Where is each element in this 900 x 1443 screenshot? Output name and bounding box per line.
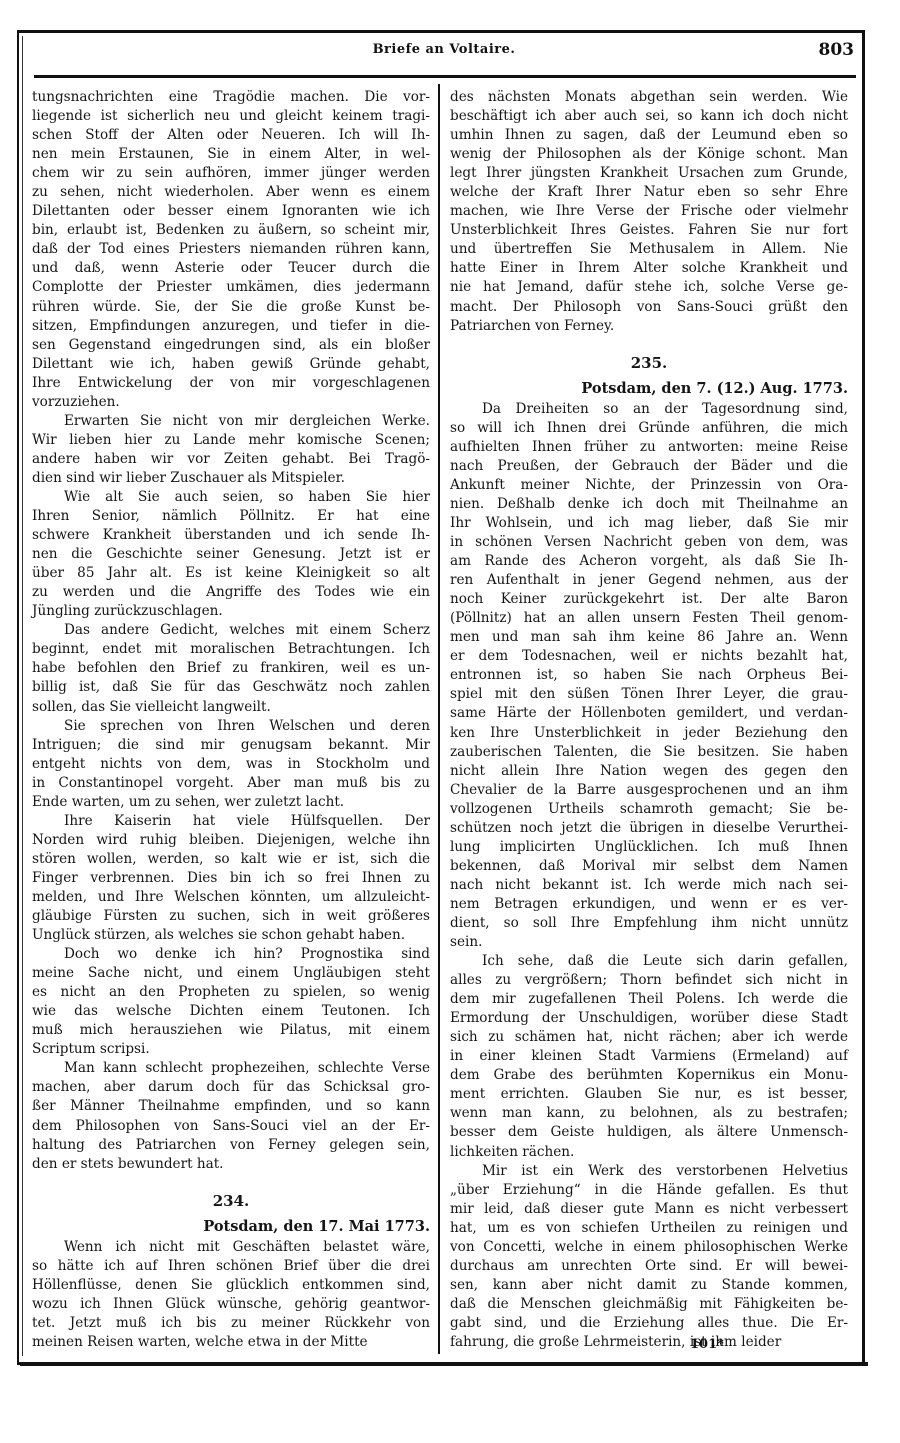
text-line: so will ich Ihnen drei Gründe anführen, …: [450, 419, 848, 438]
text-line: nen die Geschichte seiner Genesung. Jetz…: [32, 545, 430, 564]
text-line: so hätte ich auf Ihren schönen Brief übe…: [32, 1257, 430, 1276]
text-line: dem Grabe des berühmten Kopernikus ein M…: [450, 1066, 848, 1085]
text-line: dem Philosophen von Sans-Souci viel an d…: [32, 1117, 430, 1136]
text-line: Ihre Entwickelung der von mir vorgeschla…: [32, 374, 430, 393]
text-line: stören wollen, werden, so kalt wie er is…: [32, 850, 430, 869]
paragraph: Doch wo denke ich hin? Prognostika sindm…: [32, 945, 430, 1059]
text-line: Finger verbrennen. Dies bin ich so frei …: [32, 869, 430, 888]
text-line: ken Ihre Unsterblichkeit in jeder Bezieh…: [450, 724, 848, 743]
text-line: Jüngling zurückzuschlagen.: [32, 602, 430, 621]
text-line: wozu ich Ihnen Glück wünsche, gehörig ge…: [32, 1295, 430, 1314]
text-line: sen, kann aber nicht damit zu Stande kom…: [450, 1276, 848, 1295]
text-line: entgeht nichts von dem, was in Stockholm…: [32, 755, 430, 774]
text-line: besser dem Geiste huldigen, als ältere U…: [450, 1123, 848, 1142]
text-line: sitzen, Empfindungen anzuregen, und tief…: [32, 317, 430, 336]
text-line: des nächsten Monats abgethan sein werden…: [450, 88, 848, 107]
text-line: Höllenflüsse, denen Sie glücklich entkom…: [32, 1276, 430, 1295]
text-line: tet. Jetzt muß ich bis zu meiner Rückkeh…: [32, 1314, 430, 1333]
text-line: meine Sache nicht, und einem Ungläubigen…: [32, 964, 430, 983]
page-border-inner-line: [22, 36, 24, 1356]
paragraph: Da Dreiheiten so an der Tagesordnung sin…: [450, 400, 848, 952]
left-column: tungsnachrichten eine Tragödie machen. D…: [32, 88, 430, 1352]
text-line: lichkeiten rächen.: [450, 1143, 848, 1162]
text-line: Mir ist ein Werk des verstorbenen Helvet…: [450, 1162, 848, 1181]
text-line: zu werden und die Angriffe des Todes wie…: [32, 583, 430, 602]
text-line: hatte Einer in Ihrem Alter solche Krankh…: [450, 259, 848, 278]
text-line: entronnen ist, so haben Sie nach Orpheus…: [450, 666, 848, 685]
text-line: Da Dreiheiten so an der Tagesordnung sin…: [450, 400, 848, 419]
column-divider: [438, 84, 440, 1354]
text-line: welche der Kraft Ihrer Natur eben so seh…: [450, 183, 848, 202]
running-title: Briefe an Voltaire.: [30, 42, 858, 57]
paragraph: Ich sehe, daß die Leute sich darin gefal…: [450, 952, 848, 1162]
text-line: melden, und Ihre Welschen könnten, um al…: [32, 888, 430, 907]
text-line: sein.: [450, 933, 848, 952]
paragraph: Ihre Kaiserin hat viele Hülfsquellen. De…: [32, 812, 430, 945]
text-line: muß mich herausziehen wie Pilatus, mit e…: [32, 1021, 430, 1040]
text-line: Das andere Gedicht, welches mit einem Sc…: [32, 621, 430, 640]
text-line: Ihre Kaiserin hat viele Hülfsquellen. De…: [32, 812, 430, 831]
text-line: in einer kleinen Stadt Varmiens (Ermelan…: [450, 1047, 848, 1066]
text-line: Unsterblichkeit Ihres Geistes. Fahren Si…: [450, 221, 848, 240]
text-line: nicht allein Ihre Nation wegen des gegen…: [450, 762, 848, 781]
paragraph: Man kann schlecht prophezeihen, schlecht…: [32, 1059, 430, 1173]
text-line: andere haben wir vor Zeiten gehabt. Bei …: [32, 450, 430, 469]
text-line: habe befohlen den Brief zu frankiren, we…: [32, 659, 430, 678]
text-line: schen Stoff der Alten oder Neueren. Ich …: [32, 126, 430, 145]
right-column: des nächsten Monats abgethan sein werden…: [450, 88, 848, 1352]
text-line: meinen Reisen warten, welche etwa in der…: [32, 1333, 430, 1352]
text-line: billig ist, daß Sie für das Geschwätz no…: [32, 678, 430, 697]
bottom-rule: [20, 1362, 868, 1366]
text-line: daß der Tod eines Priesters niemanden rü…: [32, 240, 430, 259]
text-line: sollen, das Sie vielleicht langweilt.: [32, 698, 430, 717]
text-line: es nicht an den Propheten zu spielen, so…: [32, 983, 430, 1002]
text-line: macht. Der Philosoph von Sans-Souci grüß…: [450, 298, 848, 317]
text-line: machen, aber darum doch für das Schicksa…: [32, 1078, 430, 1097]
text-line: sich zu schämen hat, nicht rächen; aber …: [450, 1028, 848, 1047]
text-line: Ihren Senior, nämlich Pöllnitz. Er hat e…: [32, 507, 430, 526]
text-line: legt Ihrer jüngsten Krankheit Ursachen z…: [450, 164, 848, 183]
paragraph: Mir ist ein Werk des verstorbenen Helvet…: [450, 1162, 848, 1352]
text-line: Norden wird ruhig bleiben. Diejenigen, w…: [32, 831, 430, 850]
text-line: von Concetti, welche in einem philosophi…: [450, 1238, 848, 1257]
letter-place-date: Potsdam, den 7. (12.) Aug. 1773.: [450, 379, 848, 398]
text-line: Wir lieben hier zu Lande mehr komische S…: [32, 431, 430, 450]
paragraph: tungsnachrichten eine Tragödie machen. D…: [32, 88, 430, 412]
signature-mark: 101*: [690, 1337, 724, 1352]
text-line: wenig der Philosophen als der Könige sch…: [450, 145, 848, 164]
text-line: Ankunft meiner Nichte, der Prinzessin vo…: [450, 476, 848, 495]
text-line: daß die Menschen gleichmäßig mit Fähigke…: [450, 1295, 848, 1314]
text-line: bekennen, daß Morival mir selbst dem Nam…: [450, 857, 848, 876]
text-line: und übertreffen Sie Methusalem in Allem.…: [450, 240, 848, 259]
text-line: Wenn ich nicht mit Geschäften belastet w…: [32, 1238, 430, 1257]
text-line: „über Erziehung“ in die Hände gefallen. …: [450, 1181, 848, 1200]
text-line: wenn man kann, zu belohnen, als zu bestr…: [450, 1104, 848, 1123]
text-line: fahrung, die große Lehrmeisterin, ist ih…: [450, 1333, 848, 1352]
text-line: durchaus am unrechten Orte sind. Er will…: [450, 1257, 848, 1276]
letter-number: 234.: [32, 1192, 430, 1211]
text-line: Doch wo denke ich hin? Prognostika sind: [32, 945, 430, 964]
text-line: zu sehen, nicht wiederholen. Aber wenn e…: [32, 183, 430, 202]
text-line: mir leid, daß dieser gute Mann es nicht …: [450, 1200, 848, 1219]
text-line: Dilettanten oder besser einem Ignoranten…: [32, 202, 430, 221]
text-line: men und man sah ihm keine 86 Jahre an. W…: [450, 628, 848, 647]
text-line: Chevalier de la Barre ausgesprochenen un…: [450, 781, 848, 800]
text-line: gabt sind, und die Erziehung alles thue.…: [450, 1314, 848, 1333]
text-line: Intriguen; die sind mir genugsam bekannt…: [32, 736, 430, 755]
text-line: Complotte der Priester umkämen, dies jed…: [32, 278, 430, 297]
text-line: er dem Todesnachen, weil er nichts bezah…: [450, 647, 848, 666]
text-line: Ihr Wohlsein, und ich mag lieber, daß Si…: [450, 514, 848, 533]
text-line: Sie sprechen von Ihren Welschen und dere…: [32, 717, 430, 736]
text-line: vollzogenen Urtheils schamroth gemacht; …: [450, 800, 848, 819]
text-line: nach Preußen, der Gebrauch der Bäder und…: [450, 457, 848, 476]
text-line: Scriptum scripsi.: [32, 1040, 430, 1059]
paragraph: Erwarten Sie nicht von mir dergleichen W…: [32, 412, 430, 488]
text-line: sen Gegenstand eingedrungen sind, als ei…: [32, 336, 430, 355]
text-line: spiel mit den süßen Tönen Ihrer Leyer, d…: [450, 685, 848, 704]
text-line: ren Aufenthalt in jener Gegend nehmen, a…: [450, 571, 848, 590]
text-line: beschäftigt ich aber auch sei, so kann i…: [450, 107, 848, 126]
text-line: am Rande des Acheron vorgeht, als daß Si…: [450, 552, 848, 571]
text-line: same Härte der Höllenboten gemildert, un…: [450, 704, 848, 723]
text-line: Ermordung der Unschuldigen, worüber dies…: [450, 1009, 848, 1028]
text-line: (Pöllnitz) hat an allen unsern Festen Th…: [450, 609, 848, 628]
text-line: noch Keiner zurückgekehrt ist. Der alte …: [450, 590, 848, 609]
text-line: über 85 Jahr alt. Es ist keine Kleinigke…: [32, 564, 430, 583]
text-line: dient, so soll Ihre Empfehlung ihm nicht…: [450, 914, 848, 933]
text-line: umhin Ihnen zu sagen, daß der Leumund eb…: [450, 126, 848, 145]
text-line: liegende ist sicherlich neu und gleicht …: [32, 107, 430, 126]
letter-place-date: Potsdam, den 17. Mai 1773.: [32, 1217, 430, 1236]
text-line: gläubige Fürsten zu suchen, sich in weit…: [32, 907, 430, 926]
text-line: dem mir zugefallenen Theil Polens. Ich w…: [450, 990, 848, 1009]
text-line: Ende warten, um zu sehen, wer zuletzt la…: [32, 793, 430, 812]
text-line: bin, erlaubt ist, Bedenken zu äußern, so…: [32, 221, 430, 240]
paragraph: Sie sprechen von Ihren Welschen und dere…: [32, 717, 430, 812]
text-line: nem Betragen erkundigen, und wenn er es …: [450, 895, 848, 914]
running-head: Briefe an Voltaire. 803: [30, 42, 858, 66]
text-line: schwere Krankheit überstanden und ich se…: [32, 526, 430, 545]
text-line: wie das welsche Dichten einem Teutonen. …: [32, 1002, 430, 1021]
text-line: Man kann schlecht prophezeihen, schlecht…: [32, 1059, 430, 1078]
text-line: Patriarchen von Ferney.: [450, 317, 848, 336]
text-line: nien. Deßhalb denke ich doch mit Theilna…: [450, 495, 848, 514]
text-line: chem wir zu sein aufhören, immer jünger …: [32, 164, 430, 183]
paragraph: Wie alt Sie auch seien, so haben Sie hie…: [32, 488, 430, 621]
text-line: dien sind wir lieber Zuschauer als Mitsp…: [32, 469, 430, 488]
text-line: Ich sehe, daß die Leute sich darin gefal…: [450, 952, 848, 971]
header-rule: [34, 75, 856, 78]
page-number: 803: [819, 40, 855, 60]
text-line: und daß, wenn Asterie oder Teucer durch …: [32, 259, 430, 278]
letter-number: 235.: [450, 354, 848, 373]
text-line: machen, wie Ihre Verse der Frische oder …: [450, 202, 848, 221]
text-line: hat, um es von schiefen Urtheilen zu rei…: [450, 1219, 848, 1238]
text-line: tungsnachrichten eine Tragödie machen. D…: [32, 88, 430, 107]
text-line: rühren würde. Sie, der Sie die große Kun…: [32, 298, 430, 317]
text-line: ment errichten. Glauben Sie nur, es ist …: [450, 1085, 848, 1104]
text-line: Unglück stürzen, als welches sie schon g…: [32, 926, 430, 945]
text-line: in schönen Versen Nachricht geben von de…: [450, 533, 848, 552]
text-line: ßer Männer Theilnahme empfinden, und so …: [32, 1097, 430, 1116]
text-line: aufhielten Ihnen früher zu antworten: me…: [450, 438, 848, 457]
text-line: lung implicirten Unglücklichen. Ich muß …: [450, 838, 848, 857]
text-line: schützen noch jetzt die übrigen in diese…: [450, 819, 848, 838]
text-line: Erwarten Sie nicht von mir dergleichen W…: [32, 412, 430, 431]
text-line: den er stets bewundert hat.: [32, 1155, 430, 1174]
text-line: in Constantinopel vorgeht. Aber man muß …: [32, 774, 430, 793]
text-line: vorzuziehen.: [32, 393, 430, 412]
text-line: alles zu vergrößern; Thorn befindet sich…: [450, 971, 848, 990]
text-line: haltung des Patriarchen von Ferney geleg…: [32, 1136, 430, 1155]
text-line: beginnt, endet mit moralischen Betrachtu…: [32, 640, 430, 659]
text-line: nie hat Jemand, dafür stehe ich, solche …: [450, 278, 848, 297]
text-line: Dilettant wie ich, haben gewiß Gründe ge…: [32, 355, 430, 374]
text-line: zauberischen Talenten, die Sie besitzen.…: [450, 743, 848, 762]
paragraph: Wenn ich nicht mit Geschäften belastet w…: [32, 1238, 430, 1352]
text-line: nen mein Erstaunen, Sie in einem Alter, …: [32, 145, 430, 164]
paragraph: Das andere Gedicht, welches mit einem Sc…: [32, 621, 430, 716]
text-line: Wie alt Sie auch seien, so haben Sie hie…: [32, 488, 430, 507]
text-line: nach nicht bekannt ist. Ich werde mich n…: [450, 876, 848, 895]
paragraph: des nächsten Monats abgethan sein werden…: [450, 88, 848, 336]
